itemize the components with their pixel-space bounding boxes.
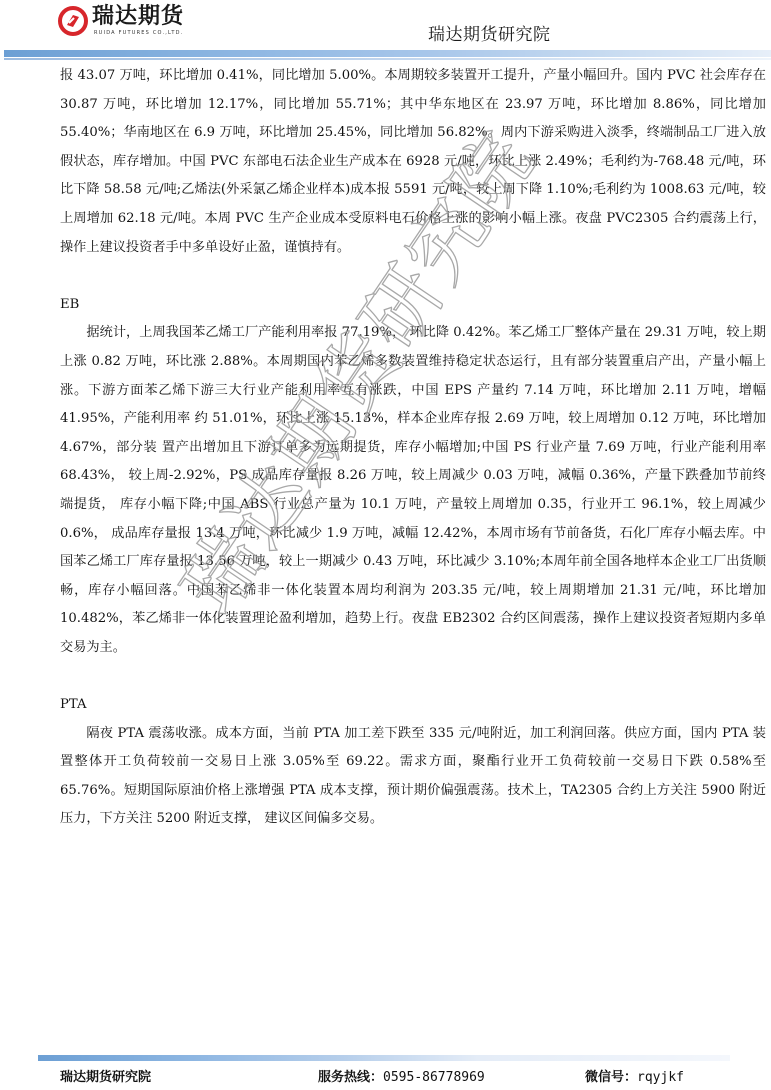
wechat-label: 微信号： xyxy=(585,1070,637,1085)
footer-hotline: 服务热线：0595-86778969 xyxy=(318,1066,485,1085)
footer-org: 瑞达期货研究院 xyxy=(60,1066,151,1085)
ruida-logo-icon xyxy=(58,6,88,36)
header-divider-line xyxy=(4,58,771,60)
section-label-pta: PTA xyxy=(60,691,766,720)
page-footer: 瑞达期货研究院 服务热线：0595-86778969 微信号：rqyjkf xyxy=(0,1066,771,1088)
wechat-id: rqyjkf xyxy=(637,1070,684,1085)
section-pta: PTA 隔夜 PTA 震荡收涨。成本方面，当前 PTA 加工差下跌至 335 元… xyxy=(60,691,766,834)
header-title: 瑞达期货研究院 xyxy=(428,20,551,45)
section-eb: EB 据统计，上周我国苯乙烯工厂产能利用率报 77.19%， 环比降 0.42%… xyxy=(60,291,766,663)
footer-wechat: 微信号：rqyjkf xyxy=(585,1066,684,1085)
logo-name-cn: 瑞达期货 xyxy=(92,4,184,30)
page-header: 瑞达期货 RUIDA FUTURES CO.,LTD. 瑞达期货研究院 xyxy=(0,0,771,62)
logo-name-en: RUIDA FUTURES CO.,LTD. xyxy=(94,30,184,37)
paragraph-pta: 隔夜 PTA 震荡收涨。成本方面，当前 PTA 加工差下跌至 335 元/吨附近… xyxy=(60,720,766,834)
paragraph-pvc: 报 43.07 万吨，环比增加 0.41%，同比增加 5.00%。本周期较多装置… xyxy=(60,62,766,262)
section-pvc: 报 43.07 万吨，环比增加 0.41%，同比增加 5.00%。本周期较多装置… xyxy=(60,62,766,262)
footer-divider-fade xyxy=(478,1055,730,1061)
hotline-number: 0595-86778969 xyxy=(383,1070,485,1085)
section-label-eb: EB xyxy=(60,291,766,320)
hotline-label: 服务热线： xyxy=(318,1070,383,1085)
footer-divider-bar xyxy=(38,1055,478,1061)
header-divider-bar xyxy=(4,50,771,57)
paragraph-eb: 据统计，上周我国苯乙烯工厂产能利用率报 77.19%， 环比降 0.42%。苯乙… xyxy=(60,319,766,662)
company-logo: 瑞达期货 RUIDA FUTURES CO.,LTD. xyxy=(58,4,184,42)
report-body: 报 43.07 万吨，环比增加 0.41%，同比增加 5.00%。本周期较多装置… xyxy=(60,62,766,834)
